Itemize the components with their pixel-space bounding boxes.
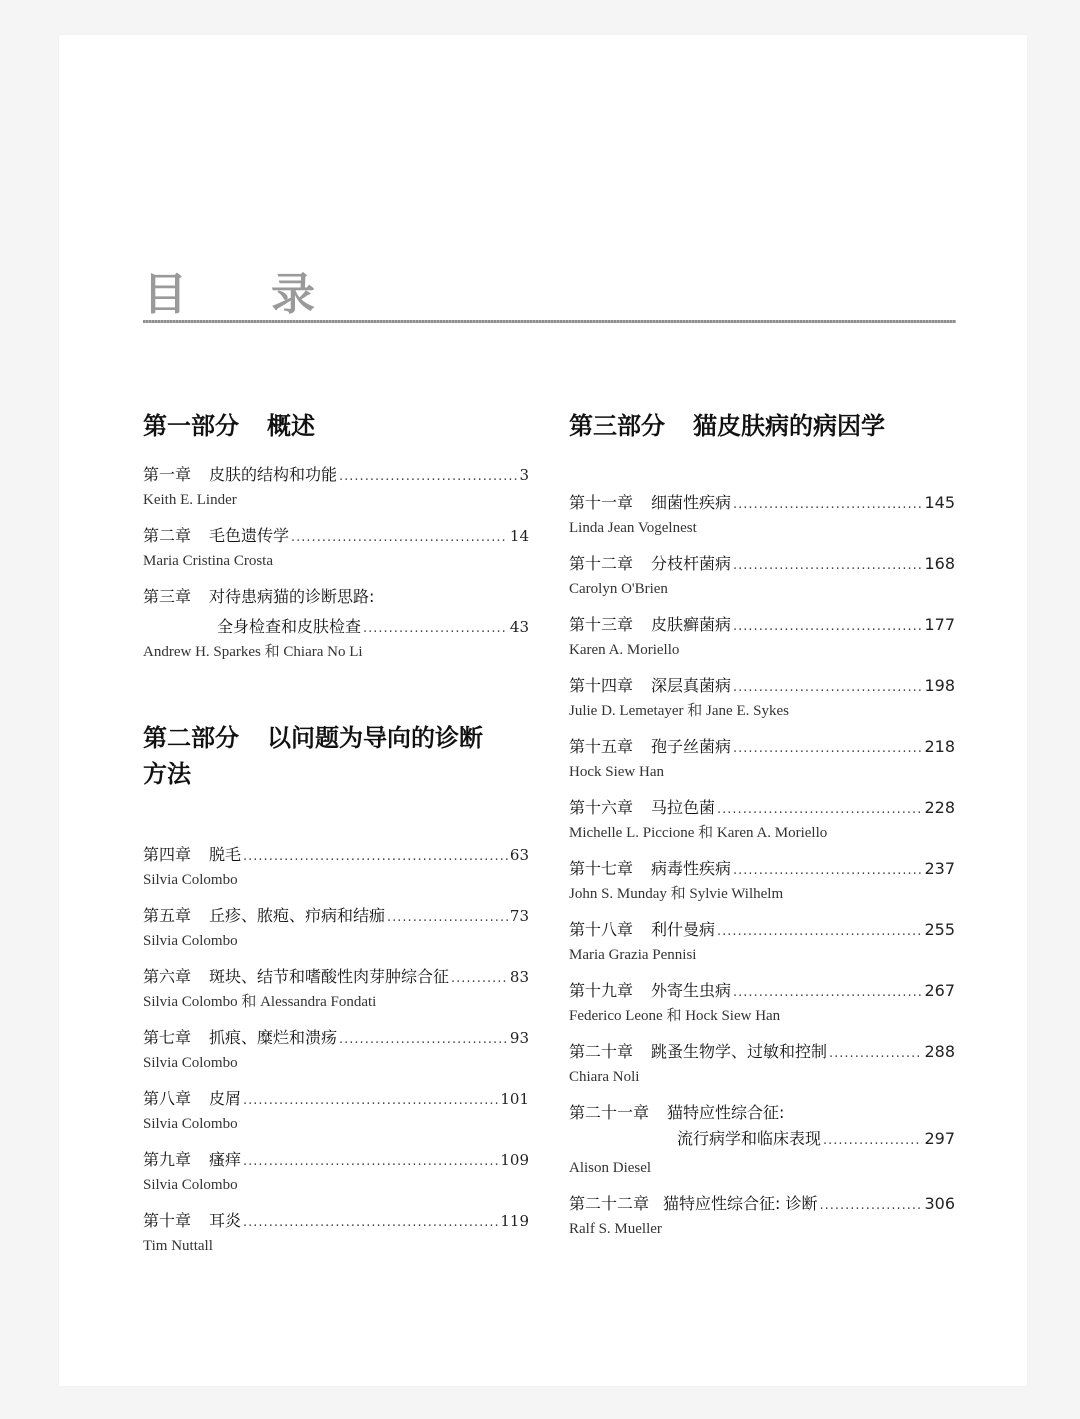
page-number: 237 xyxy=(924,858,955,880)
leader-dots xyxy=(339,466,517,488)
toc-entry[interactable]: 第十五章孢子丝菌病218 Hock Siew Han xyxy=(569,736,955,782)
chapter-title[interactable]: 抓痕、糜烂和溃疡 xyxy=(209,1027,337,1049)
part-heading-2: 第二部分以问题为导向的诊断 方法 xyxy=(143,720,529,792)
page-number: 93 xyxy=(510,1027,529,1049)
page-number: 177 xyxy=(924,614,955,636)
leader-dots xyxy=(829,1043,922,1065)
page-number: 267 xyxy=(924,980,955,1002)
chapter-number: 第十八章 xyxy=(569,919,633,941)
leader-dots xyxy=(733,616,922,638)
part-label: 第一部分 xyxy=(143,411,239,440)
chapter-author: John S. Munday 和 Sylvie Wilhelm xyxy=(569,884,955,904)
leader-dots xyxy=(733,860,922,882)
chapter-number: 第三章 xyxy=(143,586,191,608)
page-number: 198 xyxy=(924,675,955,697)
page-number: 228 xyxy=(924,797,955,819)
leader-dots xyxy=(733,738,922,760)
chapter-author: Linda Jean Vogelnest xyxy=(569,518,955,538)
toc-entry[interactable]: 第一章皮肤的结构和功能3 Keith E. Linder xyxy=(143,464,529,510)
chapter-title[interactable]: 皮肤的结构和功能 xyxy=(209,464,337,486)
part-title: 以问题为导向的诊断 xyxy=(267,723,483,752)
page-number: 119 xyxy=(500,1210,529,1232)
chapter-title[interactable]: 耳炎 xyxy=(209,1210,241,1232)
chapter-author: Ralf S. Mueller xyxy=(569,1219,955,1239)
chapter-title[interactable]: 毛色遗传学 xyxy=(209,525,289,547)
chapter-author: Maria Cristina Crosta xyxy=(143,551,529,571)
leader-dots xyxy=(733,677,922,699)
chapter-author: Michelle L. Piccione 和 Karen A. Moriello xyxy=(569,823,955,843)
chapter-number: 第十九章 xyxy=(569,980,633,1002)
chapter-title[interactable]: 细菌性疾病 xyxy=(651,492,731,514)
toc-entry[interactable]: 第十四章深层真菌病198 Julie D. Lemetayer 和 Jane E… xyxy=(569,675,955,721)
page-number: 3 xyxy=(519,464,529,486)
leader-dots xyxy=(717,799,922,821)
toc-entry[interactable]: 第二十一章猫特应性综合征: 流行病学和临床表现297 Alison Diesel xyxy=(569,1102,955,1178)
chapter-number: 第十四章 xyxy=(569,675,633,697)
toc-entry[interactable]: 第十七章病毒性疾病237 John S. Munday 和 Sylvie Wil… xyxy=(569,858,955,904)
leader-dots xyxy=(733,494,922,516)
chapter-title-line2[interactable]: 流行病学和临床表现 xyxy=(677,1128,821,1150)
chapter-author: Julie D. Lemetayer 和 Jane E. Sykes xyxy=(569,701,955,721)
leader-dots xyxy=(451,968,508,990)
leader-dots xyxy=(363,618,508,640)
leader-dots xyxy=(823,1130,922,1152)
toc-entry[interactable]: 第十三章皮肤癣菌病177 Karen A. Moriello xyxy=(569,614,955,660)
page-number: 109 xyxy=(500,1149,529,1171)
chapter-author: Silvia Colombo 和 Alessandra Fondati xyxy=(143,992,529,1012)
toc-entry[interactable]: 第十六章马拉色菌228 Michelle L. Piccione 和 Karen… xyxy=(569,797,955,843)
chapter-title[interactable]: 利什曼病 xyxy=(651,919,715,941)
leader-dots xyxy=(387,907,508,929)
chapter-title-line2[interactable]: 全身检查和皮肤检查 xyxy=(217,616,361,638)
chapter-number: 第二十二章 xyxy=(569,1193,649,1215)
toc-column-right: 第三部分猫皮肤病的病因学 第十一章细菌性疾病145 Linda Jean Vog… xyxy=(569,408,955,1239)
title-divider xyxy=(143,320,956,323)
chapter-title[interactable]: 脱毛 xyxy=(209,844,241,866)
chapter-number: 第五章 xyxy=(143,905,191,927)
chapter-author: Federico Leone 和 Hock Siew Han xyxy=(569,1006,955,1026)
toc-entry[interactable]: 第九章瘙痒109 Silvia Colombo xyxy=(143,1149,529,1195)
chapter-title[interactable]: 皮屑 xyxy=(209,1088,241,1110)
chapter-author: Chiara Noli xyxy=(569,1067,955,1087)
chapter-author: Silvia Colombo xyxy=(143,1114,529,1134)
toc-column-left: 第一部分概述 第一章皮肤的结构和功能3 Keith E. Linder 第二章毛… xyxy=(143,408,529,1256)
chapter-number: 第四章 xyxy=(143,844,191,866)
chapter-title[interactable]: 猫特应性综合征: xyxy=(667,1102,784,1124)
toc-title-char: 目 xyxy=(143,258,271,312)
chapter-author: Carolyn O'Brien xyxy=(569,579,955,599)
chapter-number: 第八章 xyxy=(143,1088,191,1110)
chapter-author: Silvia Colombo xyxy=(143,931,529,951)
part-title: 猫皮肤病的病因学 xyxy=(693,411,885,440)
page-number: 306 xyxy=(924,1193,955,1215)
leader-dots xyxy=(243,1212,498,1234)
chapter-number: 第十三章 xyxy=(569,614,633,636)
toc-entry[interactable]: 第十二章分枝杆菌病168 Carolyn O'Brien xyxy=(569,553,955,599)
chapter-number: 第二十一章 xyxy=(569,1102,649,1124)
leader-dots xyxy=(243,1090,498,1112)
toc-title-char: 录 xyxy=(271,258,315,312)
chapter-title[interactable]: 外寄生虫病 xyxy=(651,980,731,1002)
leader-dots xyxy=(820,1195,923,1217)
chapter-number: 第十二章 xyxy=(569,553,633,575)
chapter-number: 第十一章 xyxy=(569,492,633,514)
chapter-author: Silvia Colombo xyxy=(143,1053,529,1073)
page-number: 255 xyxy=(924,919,955,941)
chapter-author: Karen A. Moriello xyxy=(569,640,955,660)
leader-dots xyxy=(717,921,922,943)
part-heading-3: 第三部分猫皮肤病的病因学 xyxy=(569,408,955,444)
chapter-author: Silvia Colombo xyxy=(143,1175,529,1195)
chapter-title[interactable]: 对待患病猫的诊断思路: xyxy=(209,586,374,608)
leader-dots xyxy=(733,555,922,577)
chapter-author: Maria Grazia Pennisi xyxy=(569,945,955,965)
chapter-title[interactable]: 分枝杆菌病 xyxy=(651,553,731,575)
page-number: 73 xyxy=(510,905,529,927)
page-number: 145 xyxy=(924,492,955,514)
toc-entry[interactable]: 第二章毛色遗传学14 Maria Cristina Crosta xyxy=(143,525,529,571)
toc-entry[interactable]: 第六章斑块、结节和嗜酸性肉芽肿综合征83 Silvia Colombo 和 Al… xyxy=(143,966,529,1012)
toc-entry[interactable]: 第五章丘疹、脓疱、疖病和结痂73 Silvia Colombo xyxy=(143,905,529,951)
part-title: 概述 xyxy=(267,411,315,440)
leader-dots xyxy=(243,1151,498,1173)
chapter-author: Silvia Colombo xyxy=(143,870,529,890)
chapter-number: 第六章 xyxy=(143,966,191,988)
toc-entry[interactable]: 第三章对待患病猫的诊断思路: 全身检查和皮肤检查43 Andrew H. Spa… xyxy=(143,586,529,662)
chapter-title[interactable]: 丘疹、脓疱、疖病和结痂 xyxy=(209,905,385,927)
page-number: 63 xyxy=(510,844,529,866)
page-number: 218 xyxy=(924,736,955,758)
chapter-title[interactable]: 瘙痒 xyxy=(209,1149,241,1171)
chapter-author: Andrew H. Sparkes 和 Chiara No Li xyxy=(143,642,529,662)
part-label: 第三部分 xyxy=(569,411,665,440)
chapter-title[interactable]: 深层真菌病 xyxy=(651,675,731,697)
chapter-number: 第二十章 xyxy=(569,1041,633,1063)
toc-entry[interactable]: 第七章抓痕、糜烂和溃疡93 Silvia Colombo xyxy=(143,1027,529,1073)
page-number: 297 xyxy=(924,1128,955,1150)
part-title-line2: 方法 xyxy=(143,759,191,788)
chapter-title[interactable]: 猫特应性综合征: 诊断 xyxy=(663,1193,817,1215)
toc-entry[interactable]: 第十九章外寄生虫病267 Federico Leone 和 Hock Siew … xyxy=(569,980,955,1026)
chapter-number: 第二章 xyxy=(143,525,191,547)
chapter-title[interactable]: 跳蚤生物学、过敏和控制 xyxy=(651,1041,827,1063)
chapter-author: Hock Siew Han xyxy=(569,762,955,782)
leader-dots xyxy=(243,846,508,868)
leader-dots xyxy=(339,1029,508,1051)
chapter-number: 第一章 xyxy=(143,464,191,486)
toc-entry[interactable]: 第八章皮屑101 Silvia Colombo xyxy=(143,1088,529,1134)
toc-entry[interactable]: 第四章脱毛63 Silvia Colombo xyxy=(143,844,529,890)
chapter-author: Tim Nuttall xyxy=(143,1236,529,1256)
toc-entry[interactable]: 第二十二章猫特应性综合征: 诊断306 Ralf S. Mueller xyxy=(569,1193,955,1239)
part-label: 第二部分 xyxy=(143,723,239,752)
page-number: 14 xyxy=(510,525,529,547)
toc-title: 目 录 xyxy=(143,258,315,312)
page-number: 101 xyxy=(500,1088,529,1110)
chapter-number: 第十章 xyxy=(143,1210,191,1232)
chapter-number: 第十七章 xyxy=(569,858,633,880)
toc-entry[interactable]: 第十八章利什曼病255 Maria Grazia Pennisi xyxy=(569,919,955,965)
page-number: 168 xyxy=(924,553,955,575)
chapter-number: 第九章 xyxy=(143,1149,191,1171)
toc-entry[interactable]: 第十一章细菌性疾病145 Linda Jean Vogelnest xyxy=(569,492,955,538)
chapter-author: Keith E. Linder xyxy=(143,490,529,510)
chapter-title[interactable]: 马拉色菌 xyxy=(651,797,715,819)
page-number: 288 xyxy=(924,1041,955,1063)
page-number: 43 xyxy=(510,616,529,638)
chapter-number: 第七章 xyxy=(143,1027,191,1049)
chapter-title[interactable]: 病毒性疾病 xyxy=(651,858,731,880)
chapter-title[interactable]: 斑块、结节和嗜酸性肉芽肿综合征 xyxy=(209,966,449,988)
part-heading-1: 第一部分概述 xyxy=(143,408,529,444)
toc-entry[interactable]: 第二十章跳蚤生物学、过敏和控制288 Chiara Noli xyxy=(569,1041,955,1087)
chapter-title[interactable]: 孢子丝菌病 xyxy=(651,736,731,758)
chapter-author: Alison Diesel xyxy=(569,1158,955,1178)
page-number: 83 xyxy=(510,966,529,988)
chapter-title[interactable]: 皮肤癣菌病 xyxy=(651,614,731,636)
leader-dots xyxy=(733,982,922,1004)
leader-dots xyxy=(291,527,508,549)
chapter-number: 第十五章 xyxy=(569,736,633,758)
toc-entry[interactable]: 第十章耳炎119 Tim Nuttall xyxy=(143,1210,529,1256)
chapter-number: 第十六章 xyxy=(569,797,633,819)
